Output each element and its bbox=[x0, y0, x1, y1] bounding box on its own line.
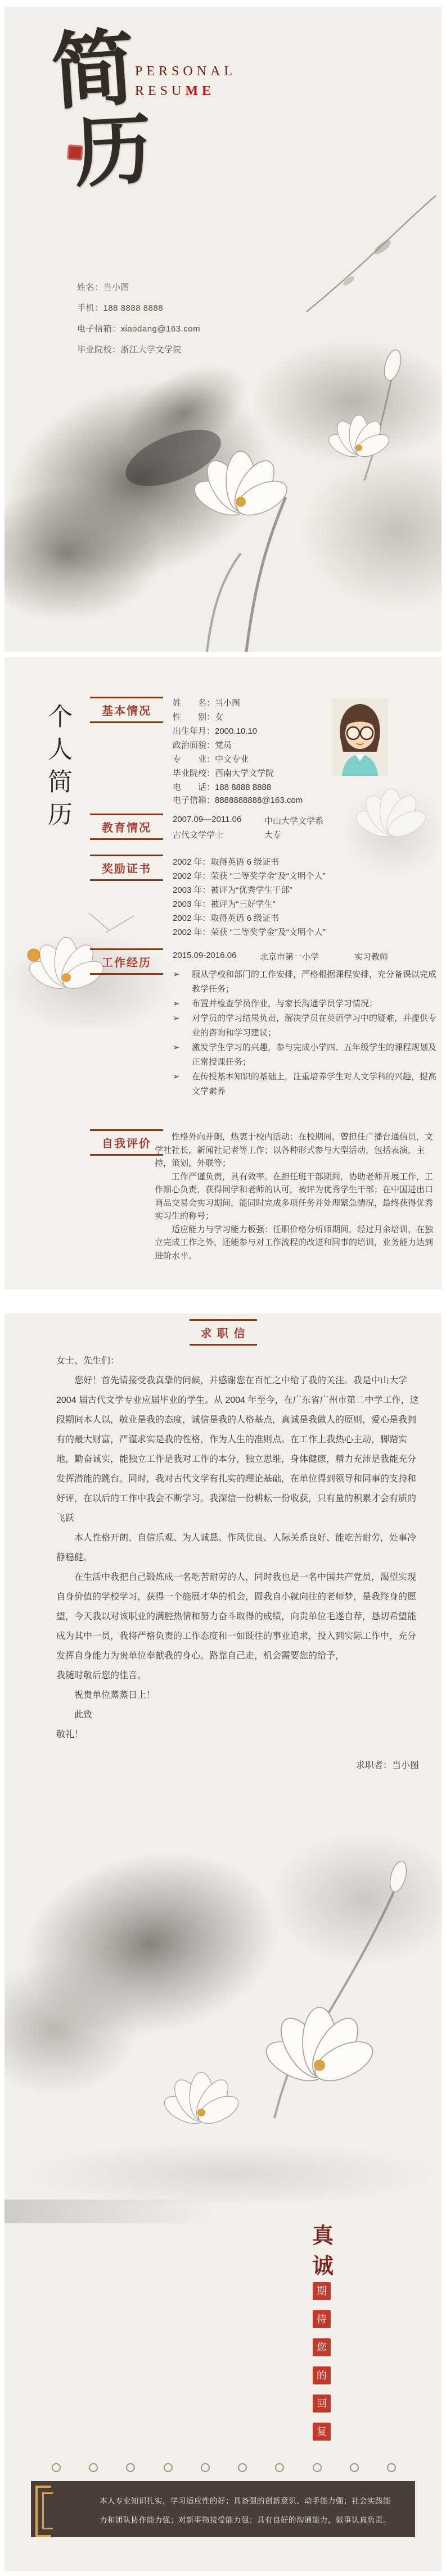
award-item: 2003 年：被评为“三好学生” bbox=[173, 898, 276, 910]
lotus-ink-painting bbox=[4, 312, 442, 652]
circle-ornament bbox=[238, 2463, 247, 2472]
work-bullet: ➢服从学校和部门的工作安排，严格根据课程安排，充分备课以完成教学任务； bbox=[173, 967, 437, 997]
basic-row: 电 话：188 8888 8888 bbox=[173, 781, 271, 793]
footer-bar: 本人专业知识扎实，学习适应性的好；具备强的创新意识、动手能力强；社会实践能 力和… bbox=[31, 2481, 415, 2537]
circle-ornament bbox=[387, 2463, 396, 2472]
calligraphy-li: 历 bbox=[72, 110, 154, 192]
award-item: 2002 年：取得英语 6 级证书 bbox=[173, 856, 279, 867]
slogan-box: 复 bbox=[313, 2423, 331, 2441]
cover-letter-wish: 祝贵单位蒸蒸日上！ bbox=[56, 1685, 419, 1705]
section-title-education: 教育情况 bbox=[90, 814, 163, 840]
work-org: 北京市第一小学 bbox=[260, 951, 319, 962]
slogan-box: 期 bbox=[313, 2282, 331, 2300]
self-eval-paragraph: 适应能力与学习能力极强：任职价格分析师期间，经过月余培训，在独立完成工作之外，还… bbox=[155, 1223, 434, 1263]
education-degree: 古代文学学士 bbox=[173, 829, 223, 841]
slogan-box: 回 bbox=[313, 2395, 331, 2413]
cover-letter-title: 求 职 信 bbox=[190, 1319, 257, 1346]
slogan-box: 待 bbox=[313, 2310, 331, 2328]
gold-bracket-icon bbox=[42, 2492, 53, 2529]
english-title-resu: RESU bbox=[135, 84, 185, 98]
slogan-char-zhen: 真 bbox=[312, 2218, 334, 2249]
slogan-char-cheng: 诚 bbox=[312, 2248, 334, 2279]
arrow-bullet-icon: ➢ bbox=[173, 997, 185, 1011]
self-eval-paragraph: 性格外向开朗，热衷于校内活动：在校期间，曾担任广播台通信员，文学社社长，新闻社记… bbox=[155, 1130, 434, 1170]
cover-letter-salute: 敬礼！ bbox=[56, 1725, 419, 1744]
circle-ornament bbox=[201, 2463, 210, 2472]
work-role: 实习教师 bbox=[354, 951, 388, 962]
basic-row: 毕业院校：西南大学文学院 bbox=[173, 767, 274, 779]
basic-row: 专 业：中文专业 bbox=[173, 753, 249, 765]
cover-contact-name: 姓名：当小图 bbox=[77, 281, 129, 293]
calligraphy-jian: 简 bbox=[49, 25, 138, 114]
work-bullet-list: ➢服从学校和部门的工作安排，严格根据课程安排，充分备课以完成教学任务； ➢布置并… bbox=[173, 967, 437, 1099]
circle-ornament bbox=[350, 2463, 359, 2472]
english-title-line2: RESUME bbox=[135, 84, 215, 99]
arrow-bullet-icon: ➢ bbox=[173, 1070, 185, 1099]
avatar bbox=[332, 698, 388, 776]
resume-document: 简 历 PERSONAL RESUME 姓名：当小图 手机：188 8888 8… bbox=[0, 0, 446, 2576]
cover-letter-closing: 此致 bbox=[56, 1705, 419, 1725]
circle-ornament bbox=[164, 2463, 173, 2472]
lotus-ink-painting-bottom bbox=[4, 1759, 442, 2202]
work-period: 2015.09-2016.06 bbox=[173, 951, 236, 960]
self-evaluation-text: 性格外向开朗，热衷于校内活动：在校期间，曾担任广播台通信员，文学社社长，新闻社记… bbox=[155, 1130, 434, 1262]
education-period: 2007.09—2011.06 bbox=[173, 815, 241, 824]
seal-stamp-icon bbox=[67, 144, 83, 161]
basic-row: 电子信箱：8888888888@163.com bbox=[173, 794, 303, 806]
award-item: 2002 年：荣获 “二等奖学金”及“文明个人” bbox=[173, 870, 326, 882]
cover-letter-paragraph: 您好！首先请接受我真挚的问候，并感谢您在百忙之中给了我的关注。我是中山大学 20… bbox=[56, 1371, 419, 1528]
arrow-bullet-icon: ➢ bbox=[173, 1041, 185, 1070]
work-bullet: ➢激发学生学习的兴趣，参与完成小学四、五年级学生的课程规划及正常授课任务； bbox=[173, 1041, 437, 1070]
cover-letter-paragraph: 在生活中我把自己锻炼成一名吃苦耐劳的人，同时我也是一名中国共产党员，渴望实现自身… bbox=[56, 1568, 419, 1666]
ink-branch-ornament bbox=[298, 191, 442, 326]
faint-lotus-ornament bbox=[337, 758, 442, 882]
work-bullet: ➢对学员的学习结果负责，解决学员在英语学习中的疑难，并提供专业的咨询和学习建议； bbox=[173, 1011, 437, 1041]
footer-line: 力和团队协作能力强；对新事物接受能力强；具有良好的沟通能力，做事认真负责。 bbox=[100, 2514, 415, 2525]
award-item: 2002 年：取得英语 6 级证书 bbox=[173, 912, 279, 924]
gray-wash-ornament bbox=[4, 2200, 218, 2223]
cover-letter-paragraph: 我随时敬后您的佳音。 bbox=[56, 1666, 419, 1685]
vertical-page-title: 个人简历 bbox=[39, 703, 75, 834]
circle-ornament bbox=[126, 2463, 135, 2472]
circle-ornament bbox=[52, 2463, 61, 2472]
circle-ornament bbox=[313, 2463, 322, 2472]
cover-letter-body: 女士、先生们： 您好！首先请接受我真挚的问候，并感谢您在百忙之中给了我的关注。我… bbox=[56, 1351, 419, 1775]
award-item: 2002 年：荣获 “二等奖学金”及“文明个人” bbox=[173, 926, 326, 938]
section-title-basic-info: 基本情况 bbox=[90, 697, 163, 723]
cover-letter-paragraph: 本人性格开朗、自信乐观、为人诚恳、作风优良、人际关系良好、能吃苦耐劳，处事冷静稳… bbox=[56, 1528, 419, 1568]
cover-letter-salutation: 女士、先生们： bbox=[56, 1351, 419, 1371]
basic-row: 性 别：女 bbox=[173, 711, 223, 723]
english-title-me: ME bbox=[185, 84, 215, 98]
cover-contact-email: 电子信箱：xiaodang@163.com bbox=[77, 322, 200, 334]
award-item: 2003 年：被评为“优秀学生干部” bbox=[173, 884, 292, 896]
arrow-bullet-icon: ➢ bbox=[173, 967, 185, 997]
cover-contact-school: 毕业院校：浙江大学文学院 bbox=[77, 343, 182, 355]
education-school: 中山大学文学系 bbox=[264, 815, 323, 826]
slogan-box: 的 bbox=[313, 2366, 331, 2384]
slogan-box: 您 bbox=[313, 2338, 331, 2356]
work-bullet: ➢在传授基本知识的基础上，注重培养学生对人文学科的兴趣，提高文学素养 bbox=[173, 1070, 437, 1099]
arrow-bullet-icon: ➢ bbox=[173, 1011, 185, 1041]
circle-ornament bbox=[275, 2463, 284, 2472]
cover-contact-phone: 手机：188 8888 8888 bbox=[77, 302, 163, 314]
footer-line: 本人专业知识扎实，学习适应性的好；具备强的创新意识、动手能力强；社会实践能 bbox=[100, 2495, 415, 2506]
education-level: 大专 bbox=[264, 829, 281, 841]
basic-row: 政治面貌：党员 bbox=[173, 739, 232, 751]
section-title-awards: 奖励证书 bbox=[90, 855, 163, 881]
circle-ornament bbox=[89, 2463, 98, 2472]
work-bullet: ➢布置并检查学员作业，与家长沟通学员学习情况； bbox=[173, 997, 437, 1011]
self-eval-paragraph: 工作严谨负责，具有效率。在担任班干部期间，协助老师开展工作，工作细心负责，获得同… bbox=[155, 1170, 434, 1223]
basic-row: 出生年月：2000.10.10 bbox=[173, 725, 257, 737]
section-title-work: 工作经历 bbox=[90, 948, 163, 975]
circle-ornament-row bbox=[52, 2463, 396, 2472]
basic-row: 姓 名：当小图 bbox=[173, 697, 240, 708]
section-title-self-evaluation: 自我评价 bbox=[90, 1129, 163, 1156]
english-title-line1: PERSONAL bbox=[135, 64, 236, 79]
